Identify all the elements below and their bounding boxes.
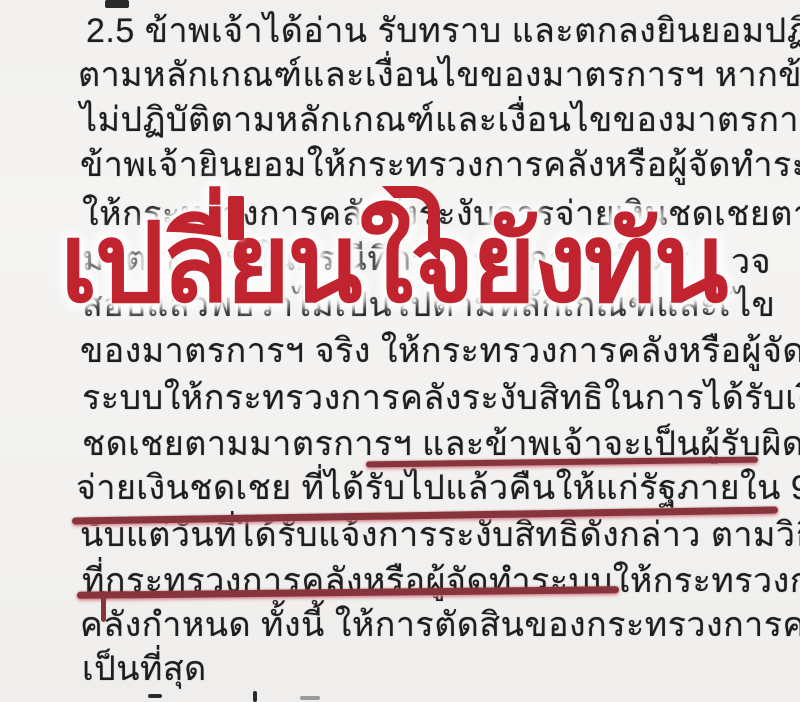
document-line: คลังกำหนด ทั้งนี้ ให้การตัดสินของกระทรวง… [80,604,800,646]
cut-off-text-fragment-bottom [148,694,162,698]
stamp-ascender-curl [382,186,440,262]
document-photo: 2.5 ข้าพเจ้าได้อ่าน รับทราบ และตกลงยินยอ… [0,0,800,702]
document-line: ไม่ปฏิบัติตามหลักเกณฑ์และเงื่อนไขของมาตร… [80,99,800,141]
obscured-line-visible-end: ไข [734,284,775,326]
underline-annotation-tick [101,591,106,622]
document-line: ระบบให้กระทรวงการคลังระงับสิทธิในการได้ร… [82,377,800,419]
stamp-ascender-stroke [228,196,244,240]
obscured-line-visible-end: วจ [731,241,771,283]
document-line: ของมาตรการฯ จริง ให้กระทรวงการคลังหรือผู… [80,330,800,372]
document-line: จ่ายเงินชดเชย ที่ได้รับไปแล้วคืนให้แก่รั… [76,467,800,509]
document-line: ข้าพเจ้ายินยอมให้กระทรวงการคลังหรือผู้จั… [80,144,800,186]
document-line: 2.5 ข้าพเจ้าได้อ่าน รับทราบ และตกลงยินยอ… [86,10,800,52]
cut-off-text-fragment-bottom [300,696,320,700]
document-line: เป็นที่สุด [82,648,207,690]
cut-off-text-fragment-bottom [253,691,257,702]
document-line: ตามหลักเกณฑ์และเงื่อนไขของมาตรการฯ หากข้… [78,54,800,96]
cut-off-text-fragment-top [105,0,129,8]
